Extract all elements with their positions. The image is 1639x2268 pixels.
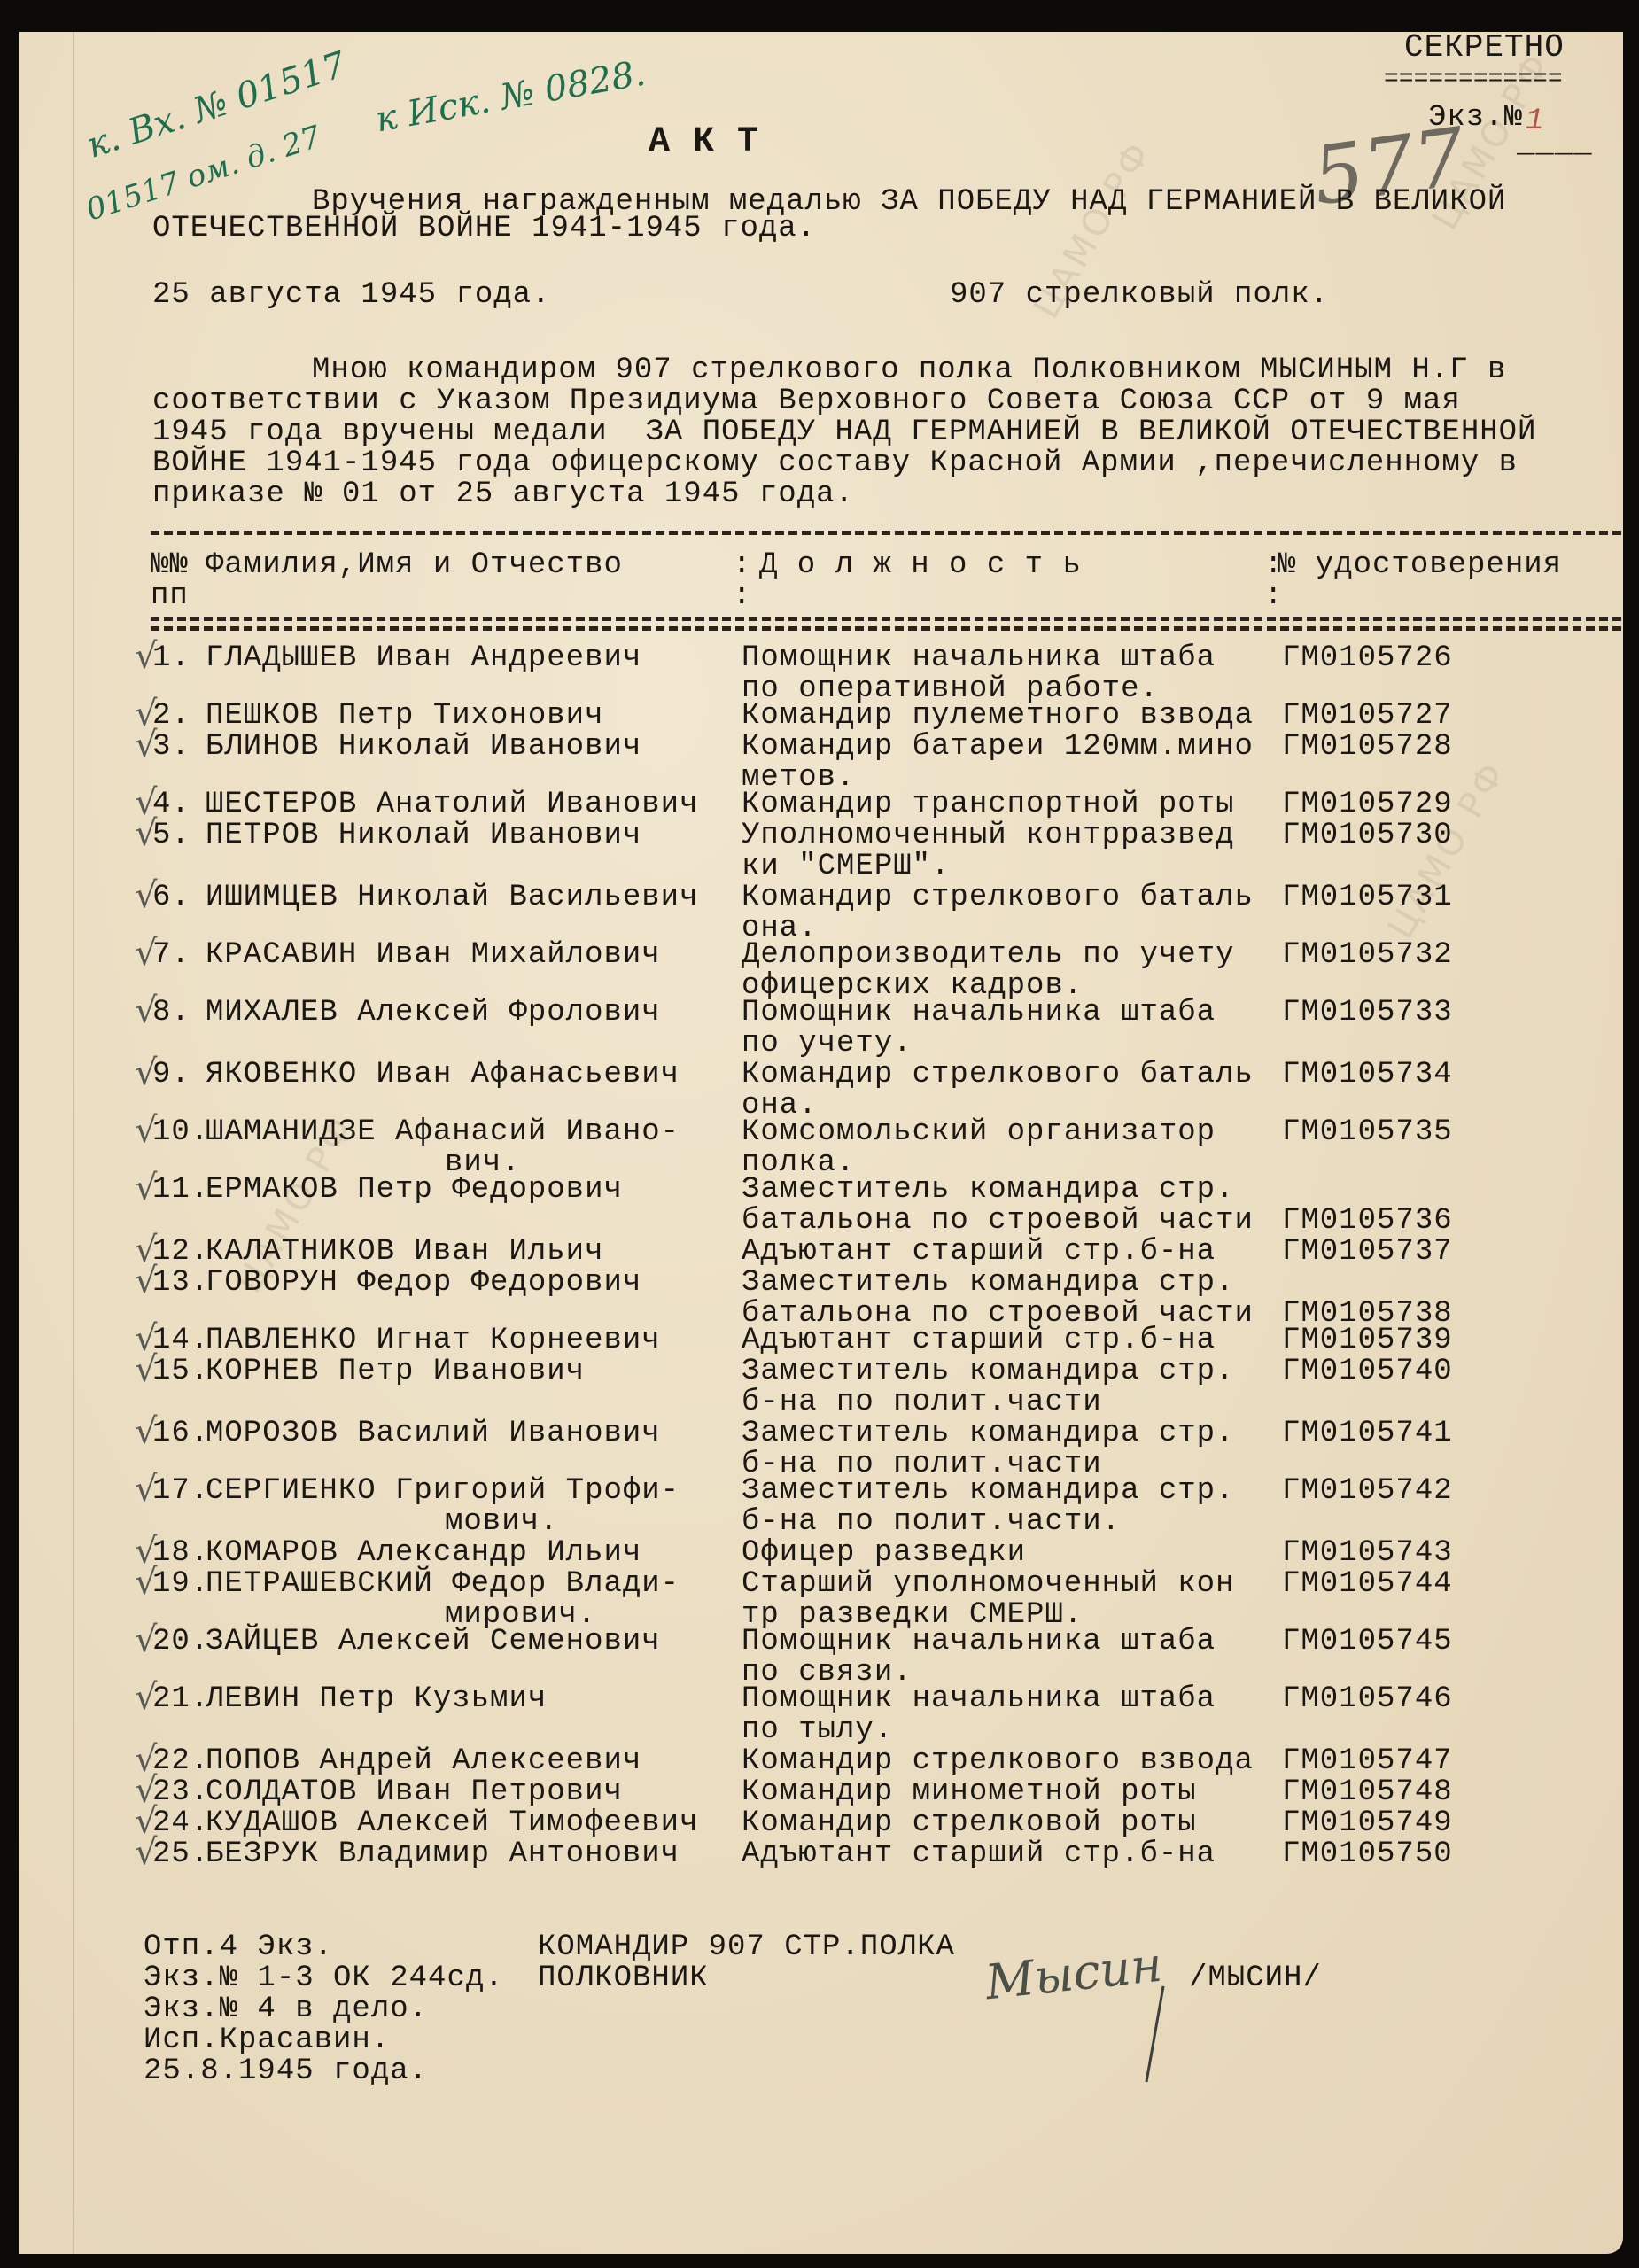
recipient-position-continued: батальона по строевой части: [742, 1206, 1254, 1236]
header-num: №№: [151, 550, 189, 580]
recipient-name: ГЛАДЫШЕВ Иван Андреевич: [206, 643, 641, 673]
document-date: 25 августа 1945 года.: [152, 280, 550, 310]
row-number: 16.: [152, 1418, 209, 1449]
recipient-position: Помощник начальника штаба: [742, 1627, 1216, 1657]
table-header-rule: [151, 617, 1621, 631]
row-number: 12.: [152, 1237, 209, 1267]
copies-note: Экз.№ 4 в дело.: [144, 1994, 428, 2024]
recipient-name: КРАСАВИН Иван Михайлович: [206, 940, 661, 970]
column-separator: :: [733, 550, 751, 580]
recipient-position: Старший уполномоченный кон: [742, 1569, 1235, 1599]
header-num: пп: [151, 581, 189, 611]
intro-text: 1945 года вручены медали ЗА ПОБЕДУ НАД Г…: [152, 417, 1536, 447]
recipient-position: Помощник начальника штаба: [742, 1684, 1216, 1714]
recipient-position: Делопроизводитель по учету: [742, 940, 1235, 970]
certificate-number: ГМ0105735: [1282, 1117, 1453, 1147]
recipient-name: КОРНЕВ Петр Иванович: [206, 1356, 585, 1386]
signer-name: /МЫСИН/: [1189, 1963, 1322, 1993]
copies-note: Отп.4 Экз.: [144, 1932, 333, 1962]
intro-text: ВОЙНЕ 1941-1945 года офицерскому составу…: [152, 448, 1518, 478]
footer-date: 25.8.1945 года.: [144, 2056, 428, 2086]
recipient-position: Адъютант старший стр.б-на: [742, 1237, 1216, 1267]
recipient-name: ПЕТРОВ Николай Иванович: [206, 820, 641, 850]
recipient-name-continued: мович.: [445, 1507, 558, 1537]
row-number: 23.: [152, 1777, 209, 1807]
certificate-number: ГМ0105739: [1282, 1325, 1453, 1355]
row-number: 6.: [152, 882, 190, 913]
recipient-position: Заместитель командира стр.: [742, 1175, 1235, 1205]
recipient-name: БЛИНОВ Николай Иванович: [206, 732, 641, 762]
recipient-position: Командир стрелкового взвода: [742, 1746, 1254, 1776]
certificate-number: ГМ0105750: [1282, 1839, 1453, 1869]
certificate-number: ГМ0105746: [1282, 1684, 1453, 1714]
row-number: 10.: [152, 1117, 209, 1147]
recipient-position: Командир транспортной роты: [742, 789, 1235, 819]
recipient-position: Комсомольский организатор: [742, 1117, 1216, 1147]
paper-fold-line: [73, 32, 74, 2254]
recipient-name: ЛЕВИН Петр Кузьмич: [206, 1684, 547, 1714]
certificate-number: ГМ0105732: [1282, 940, 1453, 970]
row-number: 18.: [152, 1538, 209, 1568]
header-certificate: № удостоверения: [1278, 550, 1562, 580]
certificate-number: ГМ0105731: [1282, 882, 1453, 913]
certificate-number: ГМ0105745: [1282, 1627, 1453, 1657]
certificate-number: ГМ0105736: [1282, 1206, 1453, 1236]
unit-name: 907 стрелковый полк.: [950, 280, 1329, 310]
certificate-number: ГМ0105741: [1282, 1418, 1453, 1449]
copy-label: Экз.№: [1428, 103, 1523, 133]
recipient-position-continued: по тылу.: [742, 1715, 893, 1745]
recipient-position: Заместитель командира стр.: [742, 1268, 1235, 1298]
row-number: 5.: [152, 820, 190, 850]
document-subtitle: ОТЕЧЕСТВЕННОЙ ВОЙНЕ 1941-1945 года.: [152, 214, 816, 244]
header-position: Д о л ж н о с т ь: [759, 550, 1082, 580]
row-number: 8.: [152, 998, 190, 1028]
recipient-name: ИШИМЦЕВ Николай Васильевич: [206, 882, 699, 913]
row-number: 14.: [152, 1325, 209, 1355]
recipient-position: Командир минометной роты: [742, 1777, 1197, 1807]
recipient-position: Командир батареи 120мм.мино: [742, 732, 1254, 762]
certificate-number: ГМ0105744: [1282, 1569, 1453, 1599]
recipient-position-continued: ки "СМЕРШ".: [742, 851, 950, 882]
signature: Мысин: [983, 1937, 1164, 2011]
row-number: 21.: [152, 1684, 209, 1714]
certificate-number: ГМ0105730: [1282, 820, 1453, 850]
row-number: 24.: [152, 1808, 209, 1838]
table-top-rule: [151, 531, 1621, 535]
certificate-number: ГМ0105743: [1282, 1538, 1453, 1568]
recipient-position: Заместитель командира стр.: [742, 1356, 1235, 1386]
row-number: 19.: [152, 1569, 209, 1599]
header-name: Фамилия,Имя и Отчество: [206, 550, 623, 580]
intro-text: Мною командиром 907 стрелкового полка По…: [312, 355, 1506, 385]
row-number: 13.: [152, 1268, 209, 1298]
intro-text: соответствии с Указом Президиума Верховн…: [152, 386, 1461, 416]
certificate-number: ГМ0105748: [1282, 1777, 1453, 1807]
column-separator: :: [1264, 581, 1283, 611]
intro-text: приказе № 01 от 25 августа 1945 года.: [152, 479, 854, 509]
row-number: 25.: [152, 1839, 209, 1869]
recipient-position: Командир пулеметного взвода: [742, 701, 1254, 731]
recipient-name: КУДАШОВ Алексей Тимофеевич: [206, 1808, 699, 1838]
certificate-number: ГМ0105726: [1282, 643, 1453, 673]
copies-note: Экз.№ 1-3 ОК 244сд.: [144, 1963, 504, 1993]
row-number: 4.: [152, 789, 190, 819]
recipient-name: ШЕСТЕРОВ Анатолий Иванович: [206, 789, 699, 819]
certificate-number: ГМ0105733: [1282, 998, 1453, 1028]
certificate-number: ГМ0105727: [1282, 701, 1453, 731]
recipient-position-continued: б-на по полит.части: [742, 1387, 1102, 1417]
certificate-number: ГМ0105740: [1282, 1356, 1453, 1386]
recipient-name: ПОПОВ Андрей Алексеевич: [206, 1746, 641, 1776]
row-number: 17.: [152, 1476, 209, 1506]
recipient-name: КАЛАТНИКОВ Иван Ильич: [206, 1237, 603, 1267]
recipient-name: СЕРГИЕНКО Григорий Трофи-: [206, 1476, 680, 1506]
certificate-number: ГМ0105749: [1282, 1808, 1453, 1838]
row-number: 11.: [152, 1175, 209, 1205]
recipient-position: Уполномоченный контрразвед: [742, 820, 1235, 850]
signature-stroke: [1145, 1986, 1164, 2083]
recipient-name: ЗАЙЦЕВ Алексей Семенович: [206, 1627, 661, 1657]
recipient-position-continued: по учету.: [742, 1029, 913, 1059]
recipient-position: Заместитель командира стр.: [742, 1476, 1235, 1506]
certificate-number: ГМ0105737: [1282, 1237, 1453, 1267]
recipient-position-continued: б-на по полит.части.: [742, 1507, 1121, 1537]
recipient-name: МОРОЗОВ Василий Иванович: [206, 1418, 661, 1449]
recipient-name: ЯКОВЕНКО Иван Афанасьевич: [206, 1060, 680, 1090]
row-number: 22.: [152, 1746, 209, 1776]
recipient-name: ПЕТРАШЕВСКИЙ Федор Влади-: [206, 1569, 680, 1599]
recipient-name: ШАМАНИДЗЕ Афанасий Ивано-: [206, 1117, 680, 1147]
copy-underline: ____: [1517, 129, 1593, 159]
signer-rank: ПОЛКОВНИК: [538, 1963, 709, 1993]
certificate-number: ГМ0105734: [1282, 1060, 1453, 1090]
executor-note: Исп.Красавин.: [144, 2025, 390, 2055]
recipient-name: МИХАЛЕВ Алексей Фролович: [206, 998, 661, 1028]
recipient-position: Помощник начальника штаба: [742, 998, 1216, 1028]
recipient-name: БЕЗРУК Владимир Антонович: [206, 1839, 680, 1869]
certificate-number: ГМ0105742: [1282, 1476, 1453, 1506]
recipient-position: Адъютант старший стр.б-на: [742, 1839, 1216, 1869]
recipient-position: Командир стрелковой роты: [742, 1808, 1197, 1838]
recipient-position: Адъютант старший стр.б-на: [742, 1325, 1216, 1355]
recipient-position: Командир стрелкового баталь: [742, 882, 1254, 913]
recipient-position: Заместитель командира стр.: [742, 1418, 1235, 1449]
recipient-name: СОЛДАТОВ Иван Петрович: [206, 1777, 623, 1807]
certificate-number: ГМ0105747: [1282, 1746, 1453, 1776]
recipient-position: Офицер разведки: [742, 1538, 1026, 1568]
recipient-position: Помощник начальника штаба: [742, 643, 1216, 673]
certificate-number: ГМ0105729: [1282, 789, 1453, 819]
recipient-name: ПЕШКОВ Петр Тихонович: [206, 701, 603, 731]
row-number: 9.: [152, 1060, 190, 1090]
row-number: 20.: [152, 1627, 209, 1657]
secrecy-label: СЕКРЕТНО: [1404, 32, 1565, 64]
document-page: ЦАМО РФ ЦАМО РФ ЦАМО РФ ЦАМО РФ к. Вх. №…: [19, 32, 1623, 2254]
secrecy-underline: ============: [1384, 67, 1563, 92]
row-number: 2.: [152, 701, 190, 731]
recipient-position: Командир стрелкового баталь: [742, 1060, 1254, 1090]
row-number: 1.: [152, 643, 190, 673]
handwritten-annotation: к Иск. № 0828.: [372, 53, 649, 141]
document-title: А К Т: [649, 125, 759, 160]
recipient-name: КОМАРОВ Александр Ильич: [206, 1538, 641, 1568]
row-number: 15.: [152, 1356, 209, 1386]
recipient-name: ЕРМАКОВ Петр Федорович: [206, 1175, 623, 1205]
recipient-name: ГОВОРУН Федор Федорович: [206, 1268, 641, 1298]
row-number: 3.: [152, 732, 190, 762]
row-number: 7.: [152, 940, 190, 970]
signer-title: КОМАНДИР 907 СТР.ПОЛКА: [538, 1932, 955, 1962]
column-separator: :: [733, 581, 751, 611]
recipient-name: ПАВЛЕНКО Игнат Корнеевич: [206, 1325, 661, 1355]
certificate-number: ГМ0105728: [1282, 732, 1453, 762]
